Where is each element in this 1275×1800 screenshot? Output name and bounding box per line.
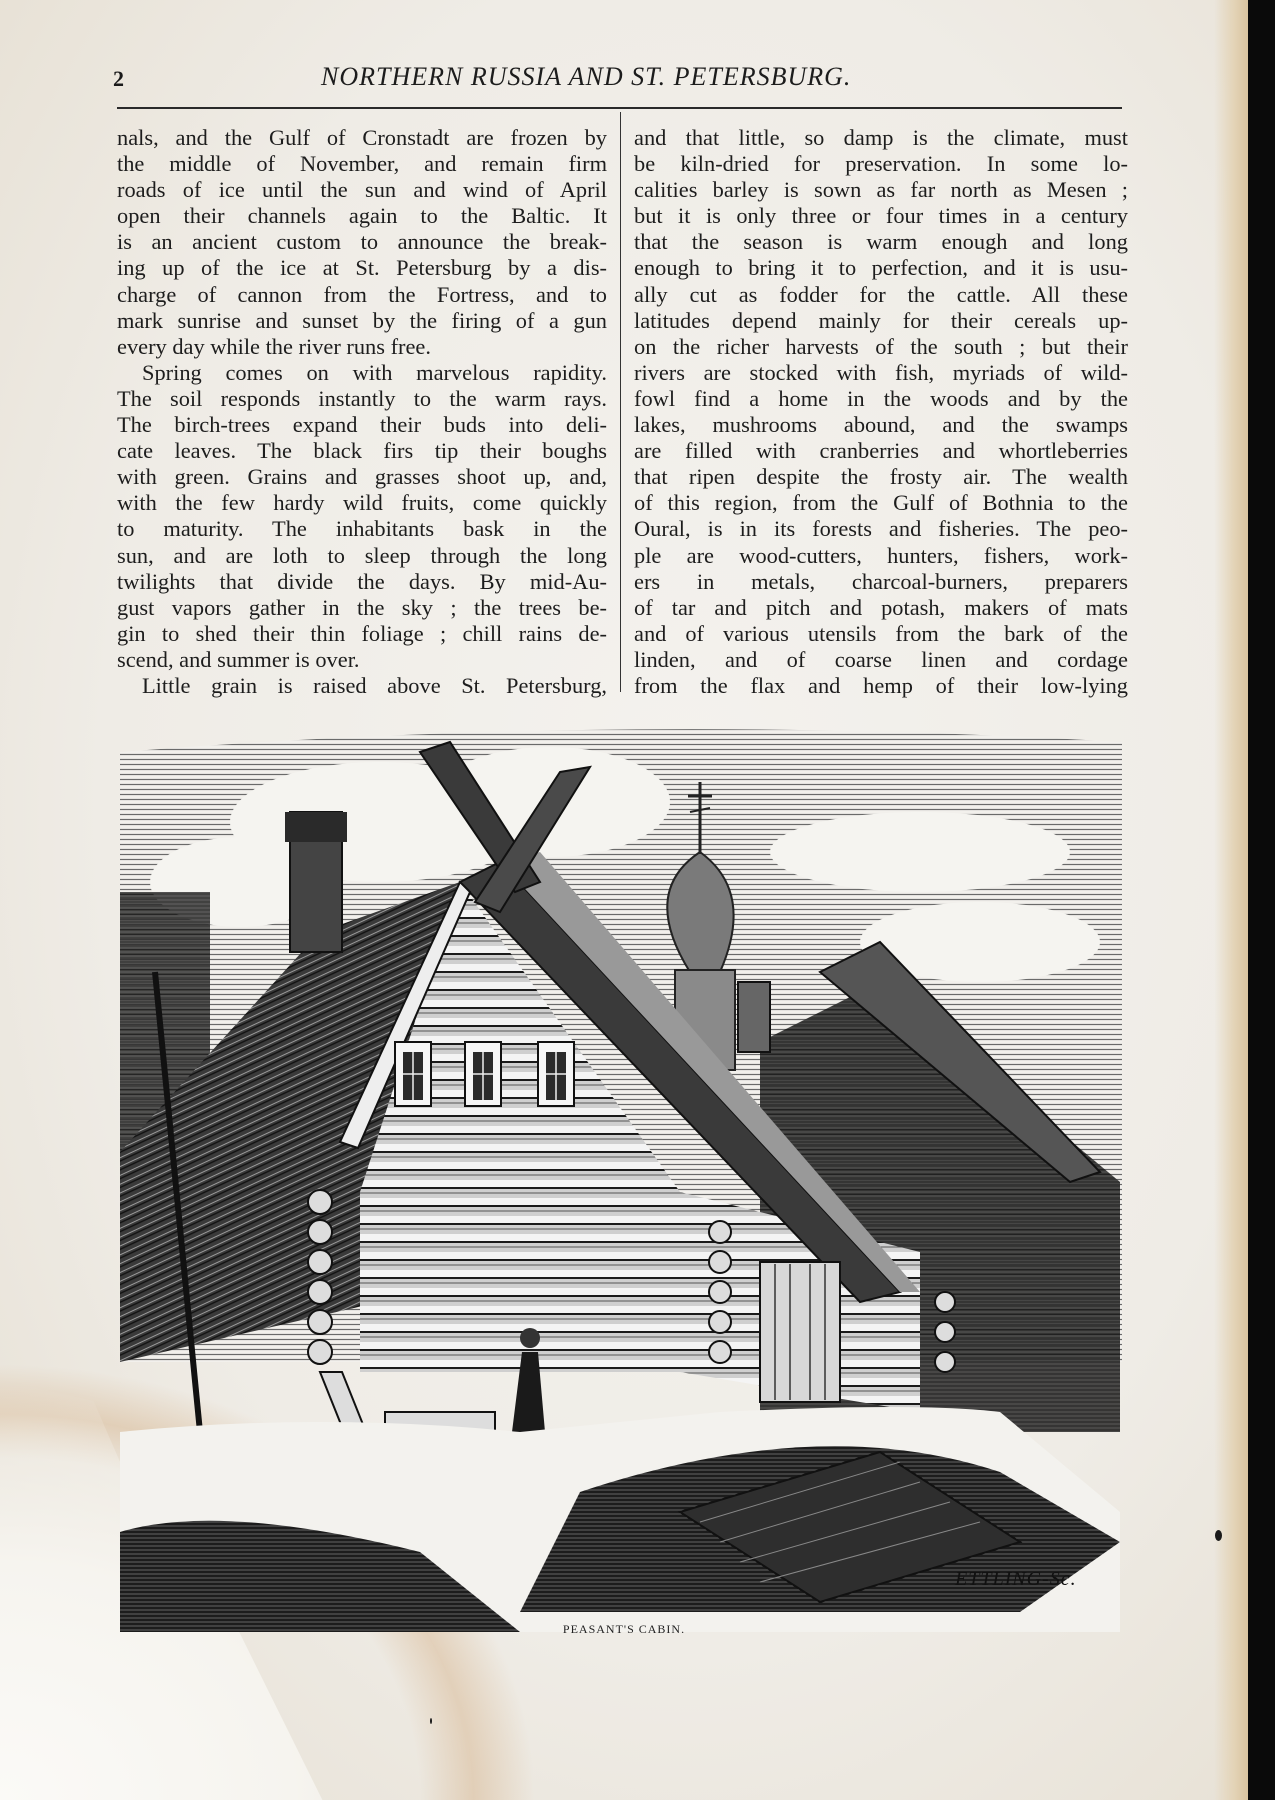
- text-line: Oural, is in its forests and fisheries. …: [634, 516, 1128, 542]
- text-line: that the season is warm enough and long: [634, 229, 1128, 255]
- text-line: from the flax and hemp of their low-lyin…: [634, 673, 1128, 699]
- page-header: 2 NORTHERN RUSSIA AND ST. PETERSBURG.: [113, 62, 1123, 94]
- text-line: of this region, from the Gulf of Bothnia…: [634, 490, 1128, 516]
- text-line: ally cut as fodder for the cattle. All t…: [634, 282, 1128, 308]
- text-line: rivers are stocked with fish, myriads of…: [634, 360, 1128, 386]
- text-line: linden, and of coarse linen and cordage: [634, 647, 1128, 673]
- text-line: mark sunrise and sunset by the firing of…: [117, 308, 607, 334]
- text-line: twilights that divide the days. By mid-A…: [117, 569, 607, 595]
- text-line: nals, and the Gulf of Cronstadt are froz…: [117, 125, 607, 151]
- text-line: Spring comes on with marvelous rapidity.: [117, 360, 607, 386]
- text-line: with the few hardy wild fruits, come qui…: [117, 490, 607, 516]
- text-line: ing up of the ice at St. Petersburg by a…: [117, 255, 607, 281]
- text-line: is an ancient custom to announce the bre…: [117, 229, 607, 255]
- left-column: nals, and the Gulf of Cronstadt are froz…: [117, 125, 607, 699]
- text-line: The birch-trees expand their buds into d…: [117, 412, 607, 438]
- ink-speck: [1215, 1530, 1222, 1541]
- text-line: latitudes depend mainly for their cereal…: [634, 308, 1128, 334]
- page-number: 2: [113, 66, 124, 92]
- text-line: sun, and are loth to sleep through the l…: [117, 543, 607, 569]
- text-line: be kiln-dried for preservation. In some …: [634, 151, 1128, 177]
- text-line: charge of cannon from the Fortress, and …: [117, 282, 607, 308]
- peasant-cabin-engraving: [120, 712, 1122, 1632]
- text-line: cate leaves. The black firs tip their bo…: [117, 438, 607, 464]
- column-rule: [620, 112, 621, 692]
- text-line: calities barley is sown as far north as …: [634, 177, 1128, 203]
- document-page: 2 NORTHERN RUSSIA AND ST. PETERSBURG. na…: [0, 0, 1248, 1800]
- text-line: every day while the river runs free.: [117, 334, 607, 360]
- text-line: roads of ice until the sun and wind of A…: [117, 177, 607, 203]
- running-title: NORTHERN RUSSIA AND ST. PETERSBURG.: [321, 62, 851, 92]
- text-line: the middle of November, and remain firm: [117, 151, 607, 177]
- text-line: gin to shed their thin foliage ; chill r…: [117, 621, 607, 647]
- text-line: The soil responds instantly to the warm …: [117, 386, 607, 412]
- text-line: on the richer harvests of the south ; bu…: [634, 334, 1128, 360]
- text-line: are filled with cranberries and whortleb…: [634, 438, 1128, 464]
- text-line: fowl find a home in the woods and by the: [634, 386, 1128, 412]
- text-line: enough to bring it to perfection, and it…: [634, 255, 1128, 281]
- text-line: of tar and pitch and potash, makers of m…: [634, 595, 1128, 621]
- right-column: and that little, so damp is the climate,…: [634, 125, 1128, 699]
- figure-caption: PEASANT'S CABIN.: [0, 1622, 1248, 1637]
- text-line: open their channels again to the Baltic.…: [117, 203, 607, 229]
- header-rule: [117, 107, 1122, 109]
- text-line: scend, and summer is over.: [117, 647, 607, 673]
- text-line: and that little, so damp is the climate,…: [634, 125, 1128, 151]
- text-line: to maturity. The inhabitants bask in the: [117, 516, 607, 542]
- engraver-signature: ETTLING-Sc.: [955, 1568, 1077, 1591]
- text-line: ple are wood-cutters, hunters, fishers, …: [634, 543, 1128, 569]
- text-line: with green. Grains and grasses shoot up,…: [117, 464, 607, 490]
- text-line: Little grain is raised above St. Petersb…: [117, 673, 607, 699]
- text-line: but it is only three or four times in a …: [634, 203, 1128, 229]
- text-line: ers in metals, charcoal-burners, prepare…: [634, 569, 1128, 595]
- text-line: that ripen despite the frosty air. The w…: [634, 464, 1128, 490]
- ink-speck: [430, 1718, 432, 1724]
- text-line: and of various utensils from the bark of…: [634, 621, 1128, 647]
- text-line: lakes, mushrooms abound, and the swamps: [634, 412, 1128, 438]
- text-line: gust vapors gather in the sky ; the tree…: [117, 595, 607, 621]
